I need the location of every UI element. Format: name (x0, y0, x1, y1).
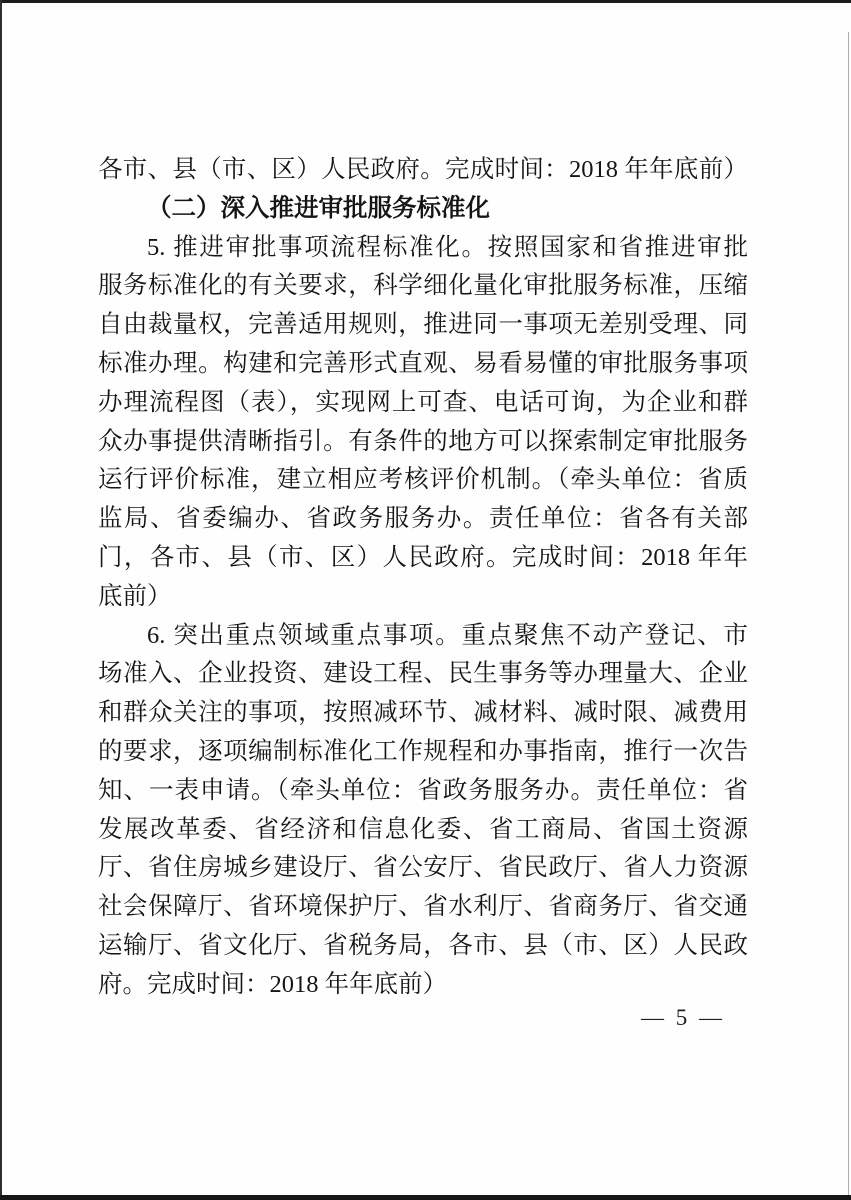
text-line: 办理流程图（表），实现网上可查、电话可询，为企业和群 (98, 384, 748, 423)
document-body: 各市、县（市、区）人民政府。完成时间：2018 年年底前） （二）深入推进审批服… (98, 151, 748, 1005)
text-line: 6. 突出重点领域重点事项。重点聚焦不动产登记、市 (98, 617, 748, 656)
document-page: 各市、县（市、区）人民政府。完成时间：2018 年年底前） （二）深入推进审批服… (0, 0, 851, 1200)
page-number: — 5 — (641, 1003, 725, 1033)
text-line: 发展改革委、省经济和信息化委、省工商局、省国土资源 (98, 811, 748, 850)
text-line: 监局、省委编办、省政务服务办。责任单位：省各有关部 (98, 500, 748, 539)
scan-edge-left (0, 0, 2, 1200)
text-line: 众办事提供清晰指引。有条件的地方可以探索制定审批服务 (98, 423, 748, 462)
text-line: 场准入、企业投资、建设工程、民生事务等办理量大、企业 (98, 655, 748, 694)
text-line: 底前） (98, 578, 748, 617)
text-line: 的要求，逐项编制标准化工作规程和办事指南，推行一次告 (98, 733, 748, 772)
scan-edge-bottom (0, 1195, 851, 1200)
text-line: 自由裁量权，完善适用规则，推进同一事项无差别受理、同 (98, 306, 748, 345)
text-line: 社会保障厅、省环境保护厅、省水利厅、省商务厅、省交通 (98, 888, 748, 927)
text-line: 服务标准化的有关要求，科学细化量化审批服务标准，压缩 (98, 267, 748, 306)
text-line-continuation: 各市、县（市、区）人民政府。完成时间：2018 年年底前） (98, 151, 748, 190)
scan-edge-right (848, 32, 849, 1200)
scan-edge-top (0, 0, 851, 3)
text-line: 门，各市、县（市、区）人民政府。完成时间：2018 年年 (98, 539, 748, 578)
text-line: 运输厅、省文化厅、省税务局，各市、县（市、区）人民政 (98, 927, 748, 966)
text-line: 和群众关注的事项，按照减环节、减材料、减时限、减费用 (98, 694, 748, 733)
section-heading: （二）深入推进审批服务标准化 (98, 190, 748, 229)
text-line: 知、一表申请。（牵头单位：省政务服务办。责任单位：省 (98, 772, 748, 811)
text-line: 厅、省住房城乡建设厅、省公安厅、省民政厅、省人力资源 (98, 849, 748, 888)
text-line: 运行评价标准，建立相应考核评价机制。（牵头单位：省质 (98, 461, 748, 500)
text-line: 标准办理。构建和完善形式直观、易看易懂的审批服务事项 (98, 345, 748, 384)
text-line: 府。完成时间：2018 年年底前） (98, 966, 748, 1005)
text-line: 5. 推进审批事项流程标准化。按照国家和省推进审批 (98, 229, 748, 268)
